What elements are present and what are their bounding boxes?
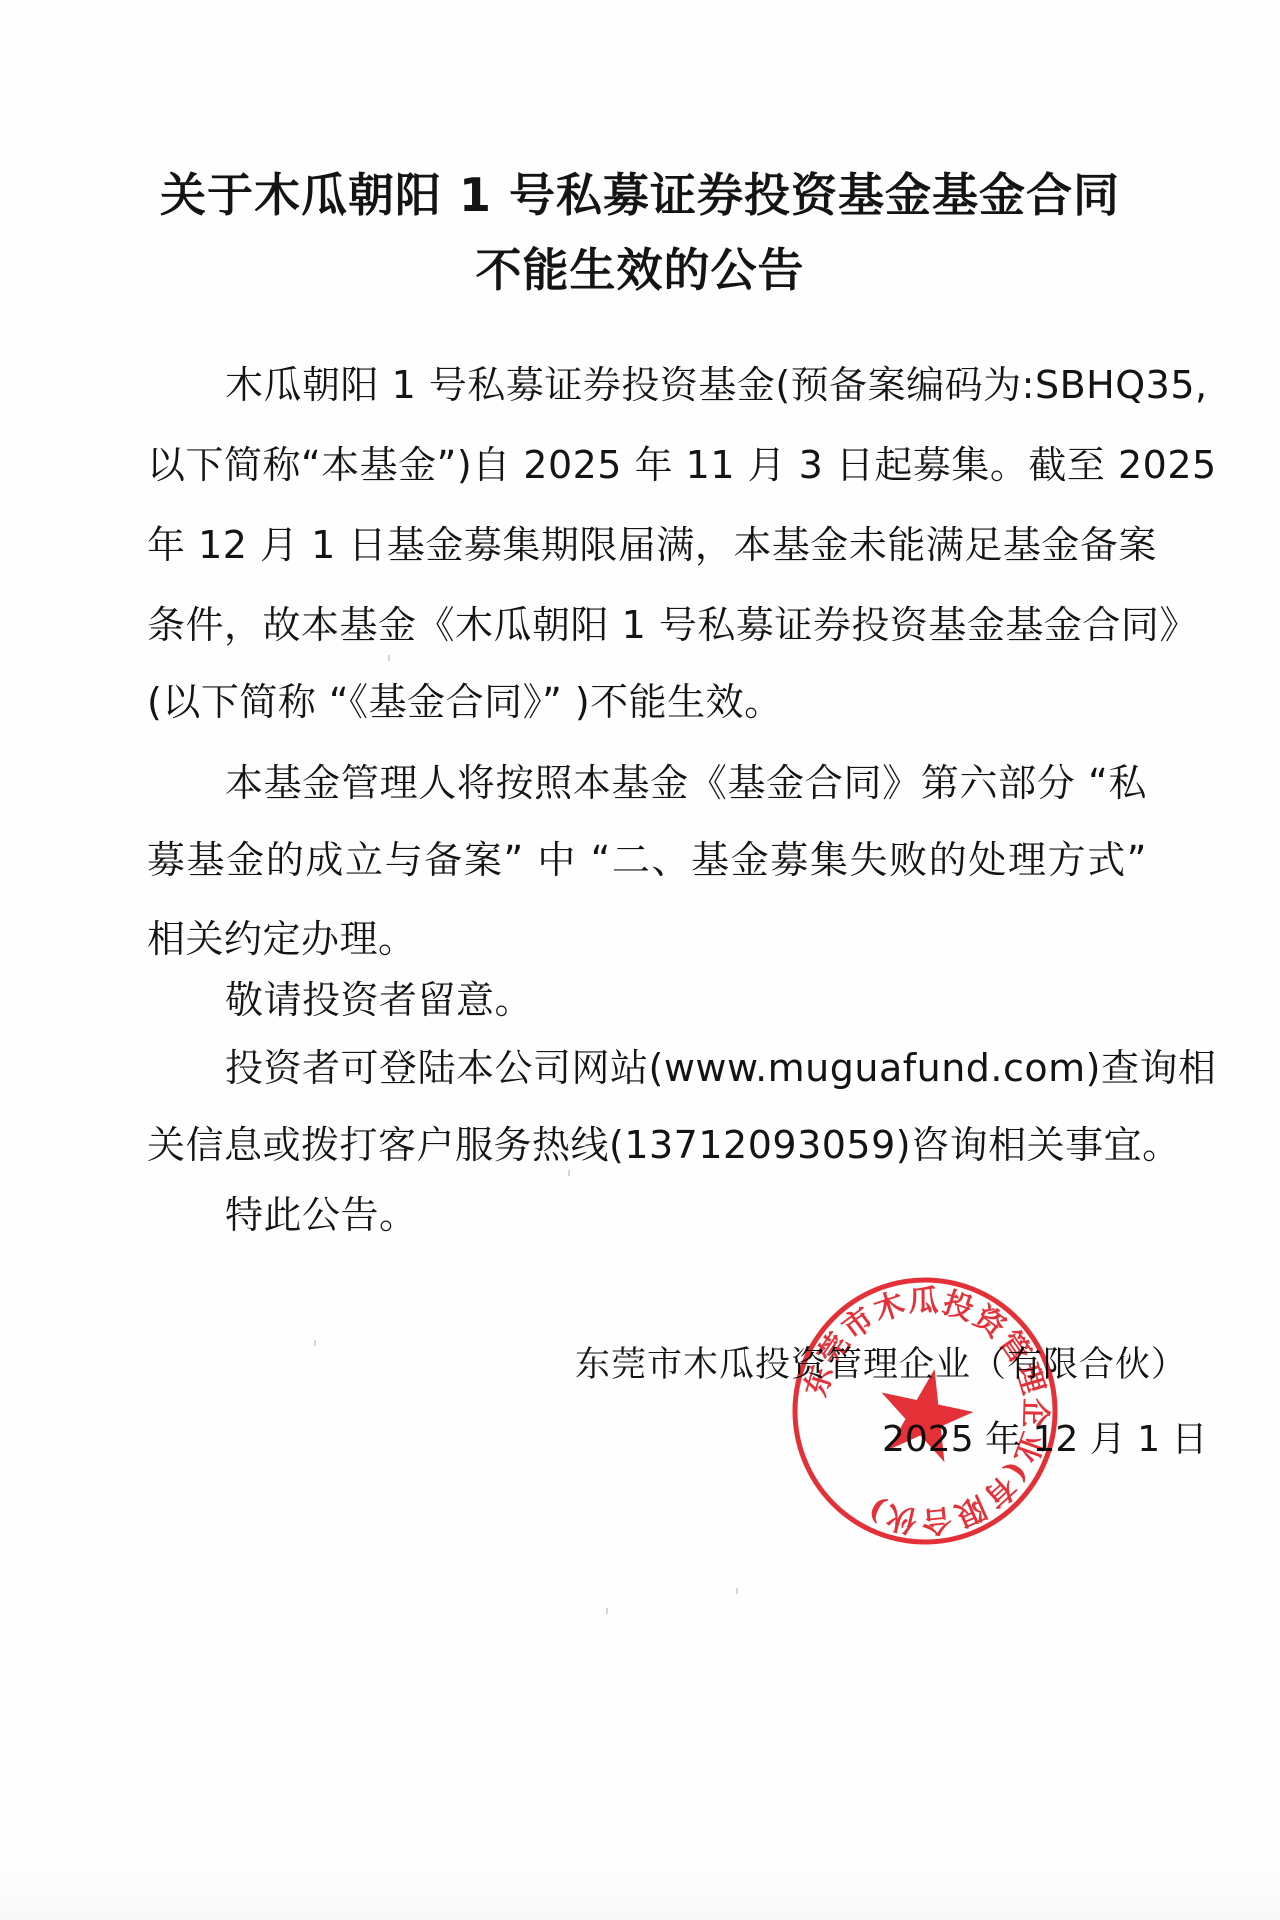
scan-speck: [388, 655, 390, 661]
paragraph-1-line-1: 木瓜朝阳 1 号私募证券投资基金(预备案编码为:SBHQ35,: [225, 360, 1147, 410]
paragraph-4-line-2: 关信息或拨打客户服务热线(13712093059)咨询相关事宜。: [147, 1120, 1147, 1170]
paragraph-4-line-1: 投资者可登陆本公司网站(www.muguafund.com)查询相: [225, 1043, 1147, 1093]
paragraph-2-line-3: 相关约定办理。: [147, 914, 1147, 964]
red-company-seal-icon: 东莞市木瓜投资管理企业(有限合伙): [790, 1276, 1060, 1546]
paragraph-3-line-1: 敬请投资者留意。: [225, 975, 1147, 1025]
title-line-2: 不能生效的公告: [0, 240, 1280, 300]
scan-speck: [606, 1608, 608, 1614]
scan-speck: [314, 1340, 316, 1346]
scan-speck: [636, 782, 638, 788]
scan-speck: [736, 1588, 738, 1594]
scan-edge-shading: [0, 1860, 1280, 1920]
paragraph-1-line-4: 条件，故本基金《木瓜朝阳 1 号私募证券投资基金基金合同》: [147, 600, 1147, 650]
paragraph-2-line-1: 本基金管理人将按照本基金《基金合同》第六部分 “私: [225, 758, 1147, 808]
paragraph-1-line-2: 以下简称“本基金”)自 2025 年 11 月 3 日起募集。截至 2025: [147, 440, 1147, 490]
scan-speck: [568, 1170, 570, 1176]
title-line-1: 关于木瓜朝阳 1 号私募证券投资基金基金合同: [0, 165, 1280, 225]
paragraph-5-line-1: 特此公告。: [225, 1190, 1147, 1240]
announcement-page: 关于木瓜朝阳 1 号私募证券投资基金基金合同 不能生效的公告 木瓜朝阳 1 号私…: [0, 0, 1280, 1920]
paragraph-1-line-3: 年 12 月 1 日基金募集期限届满，本基金未能满足基金备案: [147, 520, 1147, 570]
paragraph-2-line-2: 募基金的成立与备案” 中 “二、基金募集失败的处理方式”: [147, 835, 1147, 885]
paragraph-1-line-5: (以下简称 “《基金合同》” )不能生效。: [147, 677, 1147, 727]
